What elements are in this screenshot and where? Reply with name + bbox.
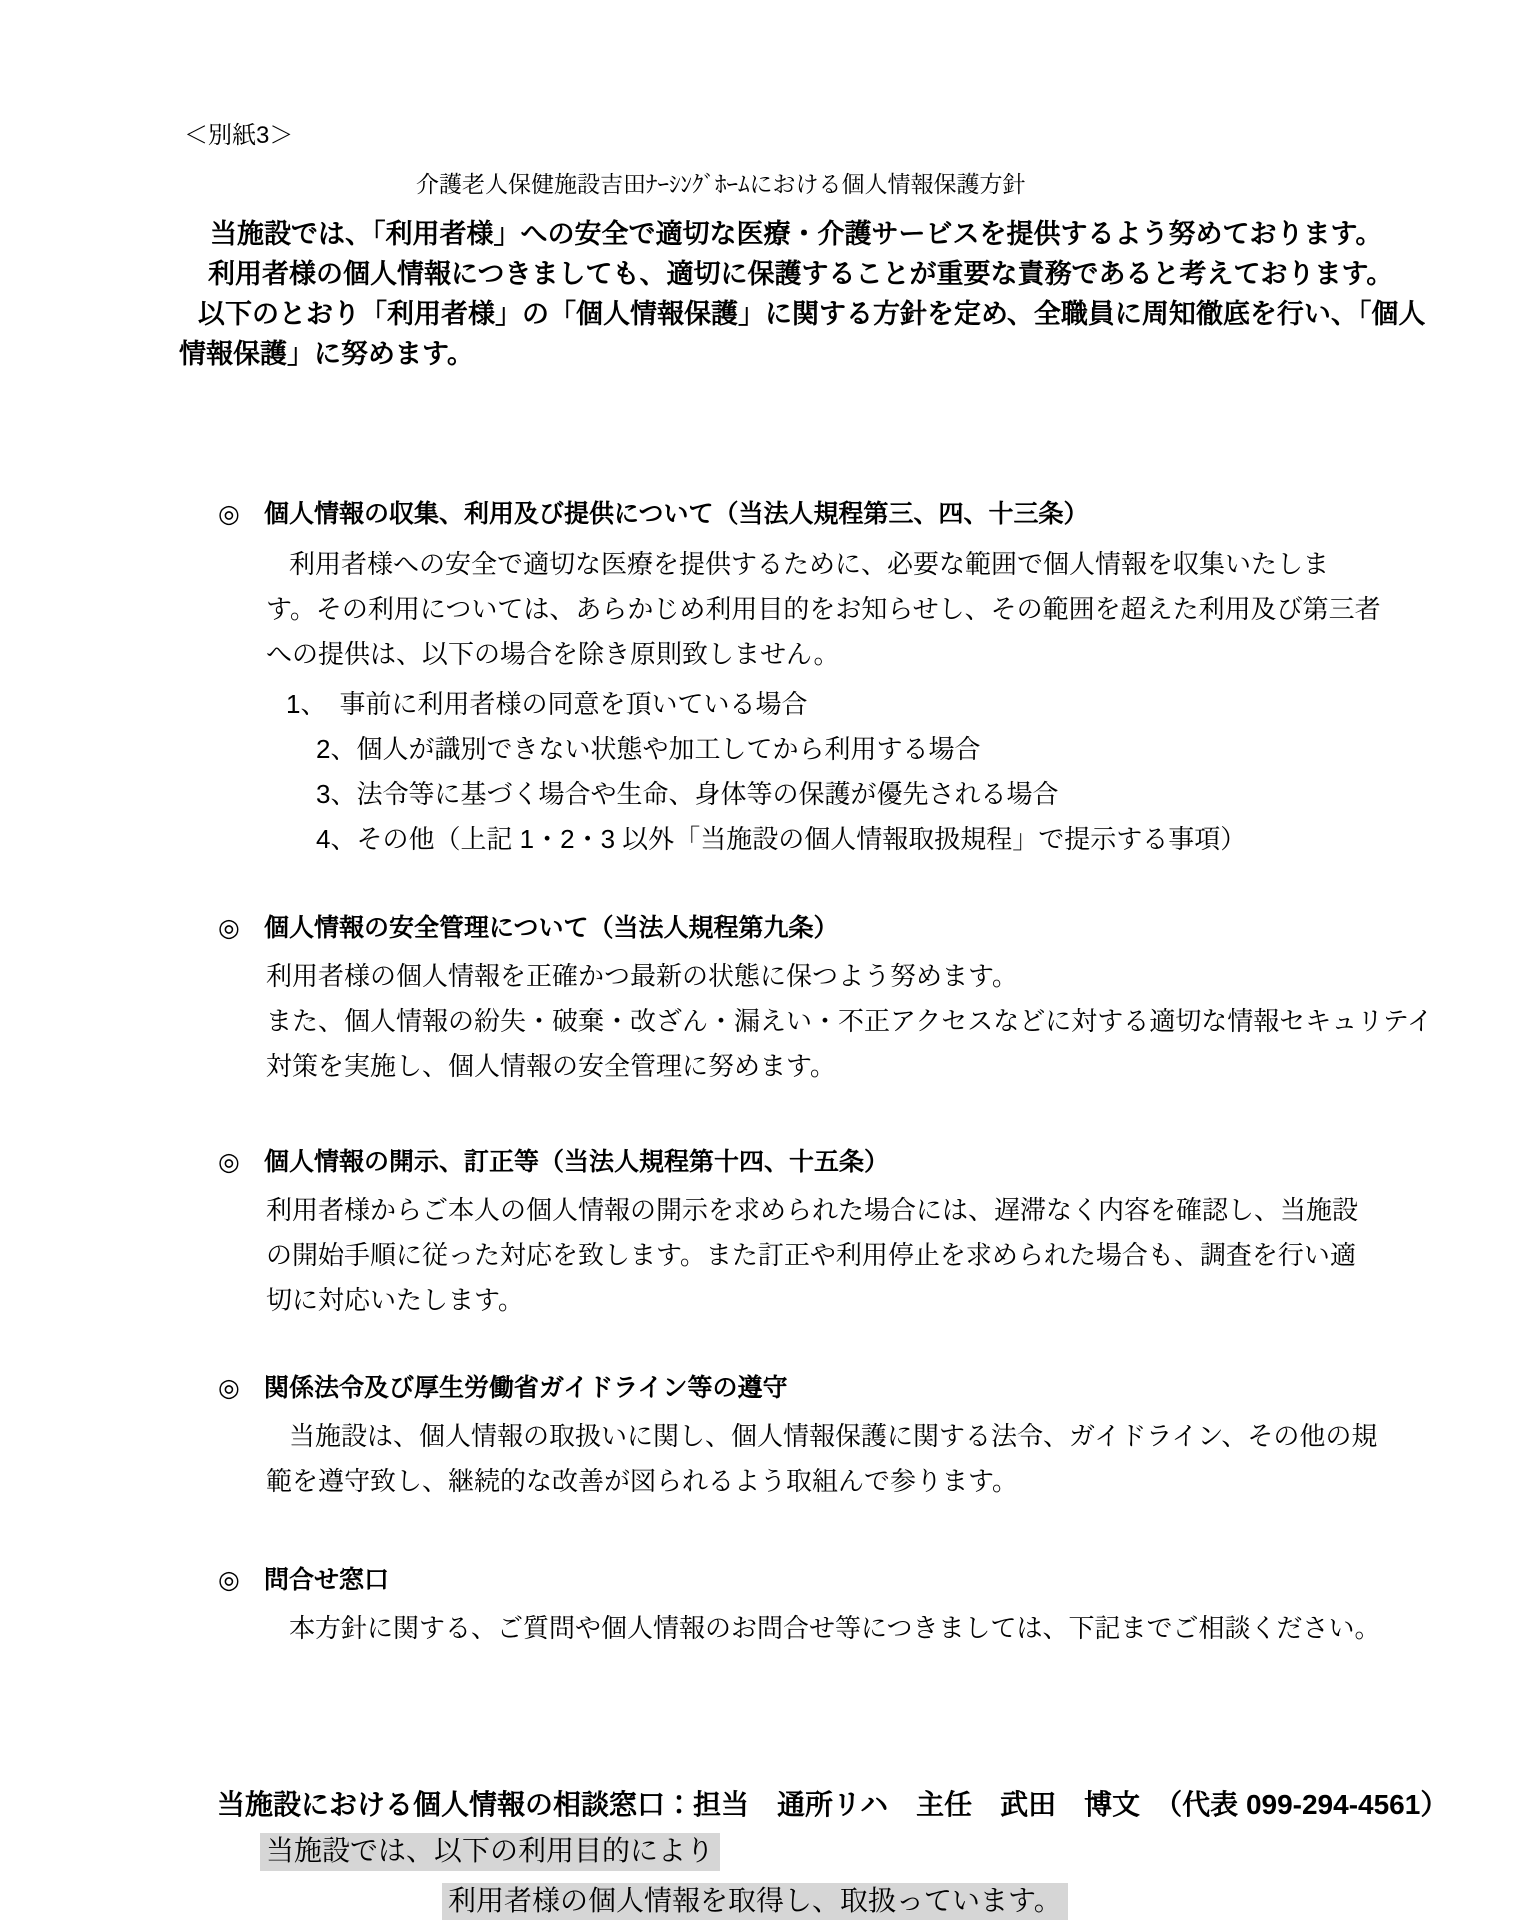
section-heading-text: 個人情報の開示、訂正等（当法人規程第十四、十五条） bbox=[264, 1148, 889, 1176]
contact-line: 当施設における個人情報の相談窓口：担当 通所リハ 主任 武田 博文 （代表 09… bbox=[217, 1785, 1525, 1825]
section-disclosure-correction: ◎個人情報の開示、訂正等（当法人規程第十四、十五条） 利用者様からご本人の個人情… bbox=[0, 1144, 1525, 1323]
section-heading: ◎個人情報の開示、訂正等（当法人規程第十四、十五条） bbox=[0, 1144, 1525, 1180]
section-heading-text: 問合せ窓口 bbox=[264, 1566, 389, 1594]
body-line: の開始手順に従った対応を致します。また訂正や利用停止を求められた場合も、調査を行… bbox=[0, 1233, 1525, 1278]
body-line: 範を遵守致し、継続的な改善が図られるよう取組んで参ります。 bbox=[0, 1459, 1525, 1504]
exception-list: 1、 事前に利用者様の同意を頂いている場合 2、個人が識別できない状態や加工して… bbox=[0, 682, 1525, 862]
section-body: 利用者様への安全で適切な医療を提供するために、必要な範囲で個人情報を収集いたしま… bbox=[0, 542, 1525, 862]
list-item: 2、個人が識別できない状態や加工してから利用する場合 bbox=[0, 727, 1525, 772]
double-circle-marker: ◎ bbox=[218, 910, 264, 946]
double-circle-marker: ◎ bbox=[218, 1562, 264, 1598]
highlight-row: 当施設では、以下の利用目的により bbox=[0, 1833, 1525, 1875]
body-line: 当施設は、個人情報の取扱いに関し、個人情報保護に関する法令、ガイドライン、その他… bbox=[0, 1414, 1525, 1459]
privacy-policy-document: ＜別紙3＞ 介護老人保健施設吉田ﾅｰｼﾝｸﾞﾎｰﾑにおける個人情報保護方針 当施… bbox=[0, 0, 1525, 1920]
body-line: 切に対応いたします。 bbox=[0, 1278, 1525, 1323]
body-line: 本方針に関する、ご質問や個人情報のお問合せ等につきましては、下記までご相談くださ… bbox=[0, 1606, 1525, 1651]
document-title: 介護老人保健施設吉田ﾅｰｼﾝｸﾞﾎｰﾑにおける個人情報保護方針 bbox=[416, 168, 1525, 200]
list-item: 1、 事前に利用者様の同意を頂いている場合 bbox=[0, 682, 1525, 727]
body-line: す。その利用については、あらかじめ利用目的をお知らせし、その範囲を超えた利用及び… bbox=[0, 587, 1525, 632]
section-heading-text: 個人情報の収集、利用及び提供について（当法人規程第三、四、十三条） bbox=[264, 500, 1089, 528]
section-heading: ◎関係法令及び厚生労働省ガイドライン等の遵守 bbox=[0, 1370, 1525, 1406]
list-item: 3、法令等に基づく場合や生命、身体等の保護が優先される場合 bbox=[0, 772, 1525, 817]
intro-line: 当施設では、「利用者様」への安全で適切な医療・介護サービスを提供するよう努めてお… bbox=[0, 214, 1525, 254]
intro-line: 利用者様の個人情報につきましても、適切に保護することが重要な責務であると考えてお… bbox=[0, 254, 1525, 294]
intro-line: 以下のとおり「利用者様」の「個人情報保護」に関する方針を定め、全職員に周知徹底を… bbox=[0, 294, 1525, 334]
section-collection-use: ◎個人情報の収集、利用及び提供について（当法人規程第三、四、十三条） 利用者様へ… bbox=[0, 496, 1525, 862]
highlighted-line: 利用者様の個人情報を取得し、取扱っています。 bbox=[442, 1883, 1068, 1920]
section-law-compliance: ◎関係法令及び厚生労働省ガイドライン等の遵守 当施設は、個人情報の取扱いに関し、… bbox=[0, 1370, 1525, 1504]
double-circle-marker: ◎ bbox=[218, 1144, 264, 1180]
body-line: 対策を実施し、個人情報の安全管理に努めます。 bbox=[0, 1044, 1525, 1089]
highlighted-line: 当施設では、以下の利用目的により bbox=[260, 1833, 720, 1871]
body-line: また、個人情報の紛失・破棄・改ざん・漏えい・不正アクセスなどに対する適切な情報セ… bbox=[0, 999, 1525, 1044]
intro-line: 情報保護」に努めます。 bbox=[0, 334, 1525, 374]
double-circle-marker: ◎ bbox=[218, 1370, 264, 1406]
highlight-row: 利用者様の個人情報を取得し、取扱っています。 bbox=[0, 1883, 1525, 1920]
body-line: 利用者様への安全で適切な医療を提供するために、必要な範囲で個人情報を収集いたしま bbox=[0, 542, 1525, 587]
section-body: 本方針に関する、ご質問や個人情報のお問合せ等につきましては、下記までご相談くださ… bbox=[0, 1606, 1525, 1651]
section-heading: ◎個人情報の収集、利用及び提供について（当法人規程第三、四、十三条） bbox=[0, 496, 1525, 532]
attachment-label: ＜別紙3＞ bbox=[184, 120, 1525, 152]
section-heading-text: 関係法令及び厚生労働省ガイドライン等の遵守 bbox=[264, 1374, 788, 1402]
section-body: 利用者様の個人情報を正確かつ最新の状態に保つよう努めます。 また、個人情報の紛失… bbox=[0, 954, 1525, 1089]
intro-paragraph: 当施設では、「利用者様」への安全で適切な医療・介護サービスを提供するよう努めてお… bbox=[0, 214, 1525, 374]
section-heading: ◎問合せ窓口 bbox=[0, 1562, 1525, 1598]
section-body: 当施設は、個人情報の取扱いに関し、個人情報保護に関する法令、ガイドライン、その他… bbox=[0, 1414, 1525, 1504]
list-item: 4、その他（上記 1・2・3 以外「当施設の個人情報取扱規程」で提示する事項） bbox=[0, 817, 1525, 862]
body-line: への提供は、以下の場合を除き原則致しません。 bbox=[0, 632, 1525, 677]
double-circle-marker: ◎ bbox=[218, 496, 264, 532]
section-inquiry-desk: ◎問合せ窓口 本方針に関する、ご質問や個人情報のお問合せ等につきましては、下記ま… bbox=[0, 1562, 1525, 1651]
section-heading: ◎個人情報の安全管理について（当法人規程第九条） bbox=[0, 910, 1525, 946]
section-security-management: ◎個人情報の安全管理について（当法人規程第九条） 利用者様の個人情報を正確かつ最… bbox=[0, 910, 1525, 1089]
section-body: 利用者様からご本人の個人情報の開示を求められた場合には、遅滞なく内容を確認し、当… bbox=[0, 1188, 1525, 1323]
section-heading-text: 個人情報の安全管理について（当法人規程第九条） bbox=[264, 914, 839, 942]
body-line: 利用者様からご本人の個人情報の開示を求められた場合には、遅滞なく内容を確認し、当… bbox=[0, 1188, 1525, 1233]
body-line: 利用者様の個人情報を正確かつ最新の状態に保つよう努めます。 bbox=[0, 954, 1525, 999]
